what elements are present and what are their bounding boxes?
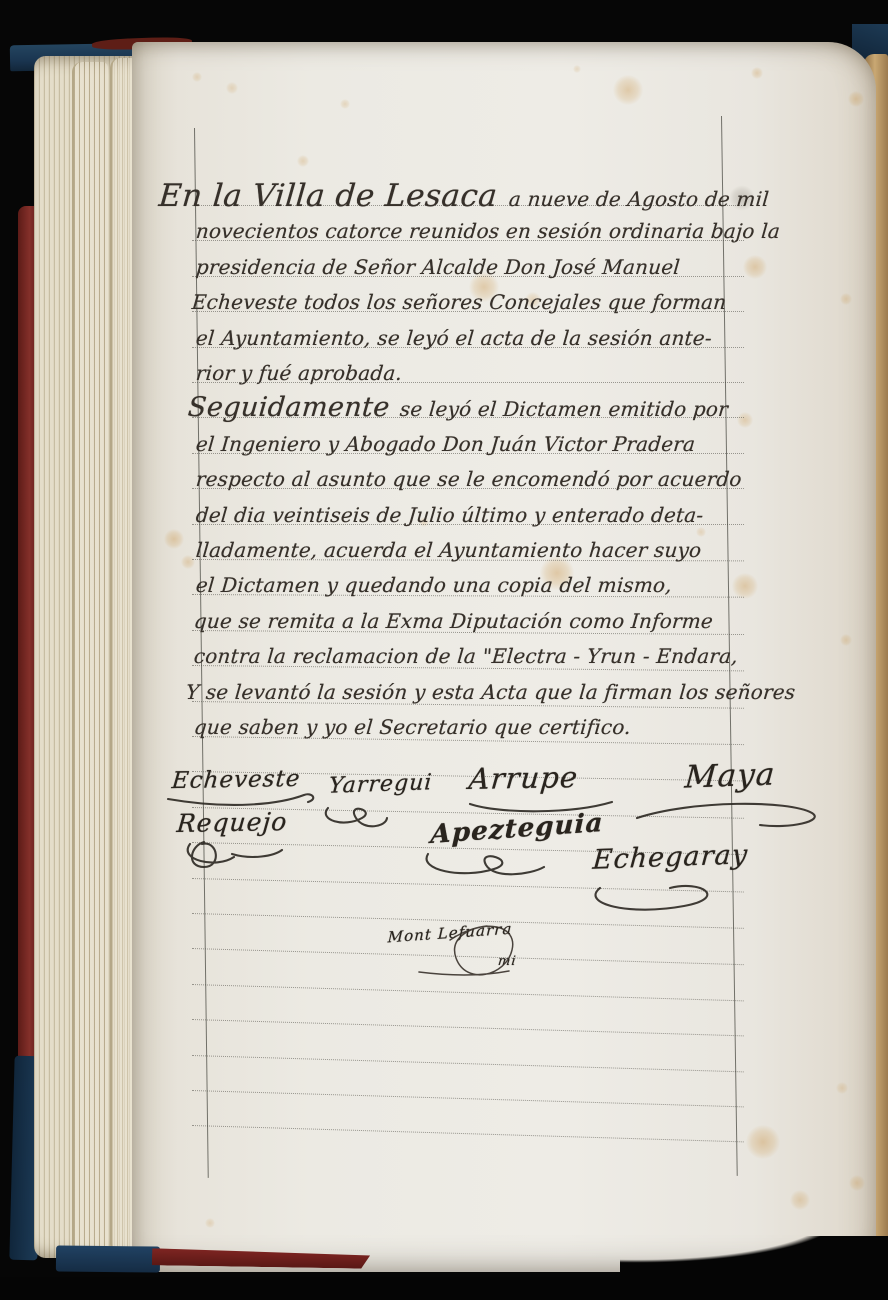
sheet-content: En la Villa de Lesacaa nueve de Agosto d… xyxy=(132,42,876,1272)
manuscript-line-text: Echeveste todos los señores Concejales q… xyxy=(191,287,728,317)
ruled-line xyxy=(192,1055,744,1072)
manuscript-line-text: que saben y yo el Secretario que certifi… xyxy=(193,712,633,742)
secretary-rubric-text: mi xyxy=(497,954,517,969)
manuscript-line: del dia veintiseis de Julio último y ent… xyxy=(196,500,704,532)
document-page: En la Villa de Lesacaa nueve de Agosto d… xyxy=(132,42,876,1272)
signature: Echeveste xyxy=(171,766,302,794)
manuscript-line-text: lladamente, acuerda el Ayuntamiento hace… xyxy=(195,535,703,565)
rubric-echeveste xyxy=(168,794,313,805)
manuscript-line-text: rior y fué aprobada. xyxy=(195,358,404,388)
bottom-black-band xyxy=(0,1277,888,1300)
rubric-maya xyxy=(637,804,815,826)
manuscript-line: el Ayuntamiento, se leyó el acta de la s… xyxy=(196,323,712,355)
manuscript-line-text: a nueve de Agosto de mil xyxy=(508,184,771,214)
signature: Apezteguia xyxy=(430,808,604,850)
manuscript-line-text: el Ayuntamiento, se leyó el acta de la s… xyxy=(195,323,714,353)
ruled-line xyxy=(192,1090,744,1107)
page-edge-step xyxy=(72,62,108,1254)
book-cover-bottom-blue-band xyxy=(56,1245,160,1272)
manuscript-line-text: novecientos catorce reunidos en sesión o… xyxy=(195,216,782,246)
ruled-line xyxy=(192,1125,744,1142)
manuscript-line: Seguidamentese leyó el Dictamen emitido … xyxy=(188,393,728,426)
manuscript-line: Y se levantó la sesión y esta Acta que l… xyxy=(186,677,795,709)
ruled-line xyxy=(192,948,744,965)
manuscript-line-text: respecto al asunto que se le encomendó p… xyxy=(195,464,743,494)
manuscript-line: Echeveste todos los señores Concejales q… xyxy=(192,287,726,319)
signature: Echegaray xyxy=(592,839,749,875)
page-edge-stack xyxy=(34,56,142,1258)
book-photograph: En la Villa de Lesacaa nueve de Agosto d… xyxy=(0,0,888,1300)
manuscript-line: el Dictamen y quedando una copia del mis… xyxy=(196,570,672,602)
manuscript-line: el Ingeniero y Abogado Don Juán Victor P… xyxy=(196,429,695,461)
manuscript-line: En la Villa de Lesacaa nueve de Agosto d… xyxy=(159,181,769,216)
manuscript-line-text: que se remita a la Exma Diputación como … xyxy=(193,606,715,636)
signature: Maya xyxy=(684,756,777,795)
manuscript-line: contra la reclamacion de la "Electra - Y… xyxy=(194,641,738,673)
rubric-requejo xyxy=(188,842,282,867)
manuscript-line-text: se leyó el Dictamen emitido por xyxy=(398,394,729,424)
manuscript-line: lladamente, acuerda el Ayuntamiento hace… xyxy=(196,535,701,567)
signature: Requejo xyxy=(176,807,289,838)
manuscript-line: que se remita a la Exma Diputación como … xyxy=(194,606,713,638)
manuscript-line-text: Y se levantó la sesión y esta Acta que l… xyxy=(185,677,797,707)
manuscript-line: que saben y yo el Secretario que certifi… xyxy=(194,712,631,744)
manuscript-line-lead: En la Villa de Lesaca xyxy=(158,181,499,211)
manuscript-line-text: presidencia de Señor Alcalde Don José Ma… xyxy=(195,252,682,282)
manuscript-line-text: el Ingeniero y Abogado Don Juán Victor P… xyxy=(195,429,697,459)
signature: Arrupe xyxy=(467,760,579,796)
manuscript-line: respecto al asunto que se le encomendó p… xyxy=(196,464,742,496)
secretary-signature: Mont Lefuarra xyxy=(387,920,512,947)
signature: Yarregui xyxy=(328,770,433,799)
manuscript-line-text: contra la reclamacion de la "Electra - Y… xyxy=(193,641,740,671)
manuscript-line-text: el Dictamen y quedando una copia del mis… xyxy=(195,570,674,600)
ruled-line xyxy=(192,878,744,892)
manuscript-line: novecientos catorce reunidos en sesión o… xyxy=(196,216,780,248)
ruled-line xyxy=(192,1019,744,1036)
ruled-line xyxy=(192,984,744,1001)
manuscript-line-text: del dia veintiseis de Julio último y ent… xyxy=(195,500,705,530)
rubric-apezteguia xyxy=(427,854,544,874)
manuscript-line: rior y fué aprobada. xyxy=(196,358,402,390)
manuscript-line: presidencia de Señor Alcalde Don José Ma… xyxy=(196,252,680,284)
manuscript-line-lead: Seguidamente xyxy=(187,393,391,423)
